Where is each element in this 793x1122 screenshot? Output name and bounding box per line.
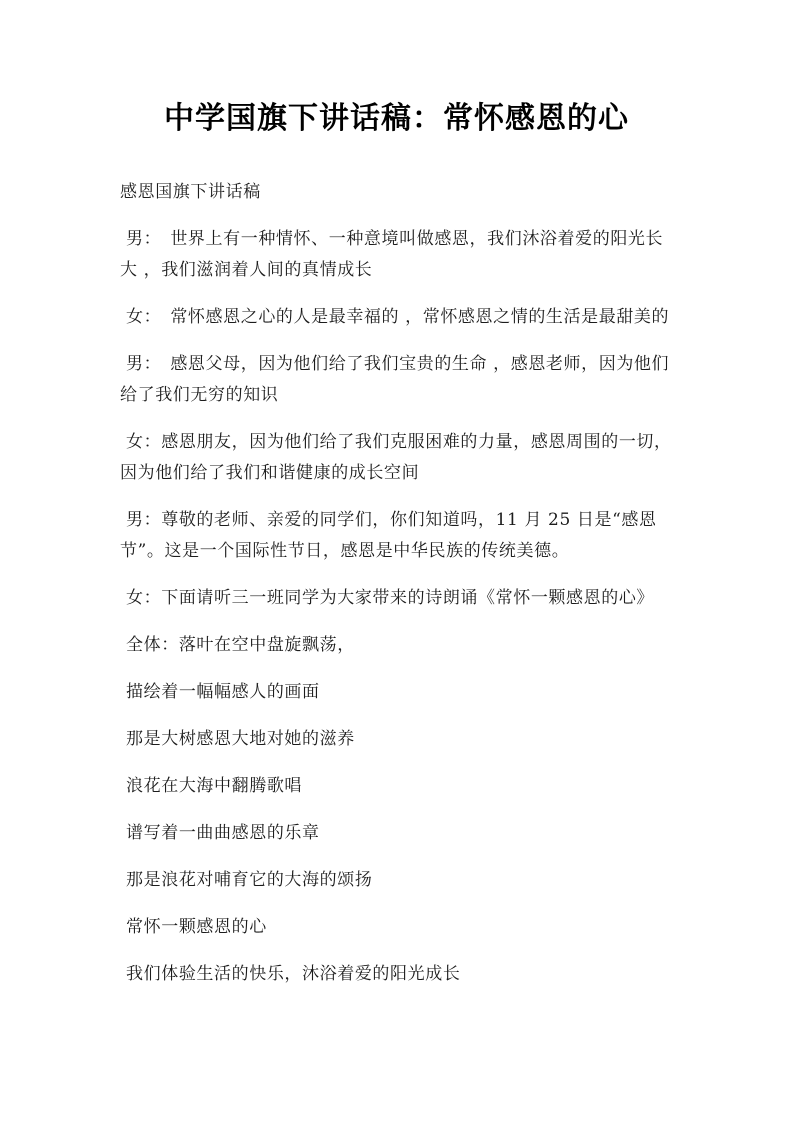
text-line: 大 ，我们滋润着人间的真情成长 bbox=[120, 255, 680, 286]
text-line: 谱写着一曲曲感恩的乐章 bbox=[120, 818, 680, 849]
text-line: 那是大树感恩大地对她的滋养 bbox=[120, 724, 680, 755]
paragraph: 女： 常怀感恩之心的人是最幸福的 ，常怀感恩之情的生活是最甜美的 bbox=[120, 302, 680, 333]
paragraph: 男：尊敬的老师、亲爱的同学们，你们知道吗，11 月 25 日是“感恩节”。这是一… bbox=[120, 505, 680, 567]
text-line: 浪花在大海中翻腾歌唱 bbox=[120, 771, 680, 802]
paragraph: 男： 感恩父母，因为他们给了我们宝贵的生命 ，感恩老师，因为他们给了我们无穷的知… bbox=[120, 349, 680, 411]
document-page: 中学国旗下讲话稿：常怀感恩的心 感恩国旗下讲话稿 男： 世界上有一种情怀、一种意… bbox=[0, 0, 793, 1122]
text-line: 描绘着一幅幅感人的画面 bbox=[120, 677, 680, 708]
paragraph: 全体：落叶在空中盘旋飘荡， bbox=[120, 630, 680, 661]
text-line: 女：感恩朋友，因为他们给了我们克服困难的力量，感恩周围的一切， bbox=[120, 427, 680, 458]
paragraph: 那是大树感恩大地对她的滋养 bbox=[120, 724, 680, 755]
text-line: 男： 感恩父母，因为他们给了我们宝贵的生命 ，感恩老师，因为他们 bbox=[120, 349, 680, 380]
text-line: 女：下面请听三一班同学为大家带来的诗朗诵《常怀一颗感恩的心》 bbox=[120, 583, 680, 614]
text-line: 因为他们给了我们和谐健康的成长空间 bbox=[120, 458, 680, 489]
paragraph: 那是浪花对哺育它的大海的颂扬 bbox=[120, 865, 680, 896]
paragraph: 女：下面请听三一班同学为大家带来的诗朗诵《常怀一颗感恩的心》 bbox=[120, 583, 680, 614]
paragraph: 感恩国旗下讲话稿 bbox=[120, 177, 680, 208]
text-line: 常怀一颗感恩的心 bbox=[120, 912, 680, 943]
text-line: 感恩国旗下讲话稿 bbox=[120, 177, 680, 208]
paragraph: 描绘着一幅幅感人的画面 bbox=[120, 677, 680, 708]
paragraph: 我们体验生活的快乐，沐浴着爱的阳光成长 bbox=[120, 959, 680, 990]
text-line: 全体：落叶在空中盘旋飘荡， bbox=[120, 630, 680, 661]
paragraph: 常怀一颗感恩的心 bbox=[120, 912, 680, 943]
text-line: 女： 常怀感恩之心的人是最幸福的 ，常怀感恩之情的生活是最甜美的 bbox=[120, 302, 680, 333]
document-title: 中学国旗下讲话稿：常怀感恩的心 bbox=[0, 0, 793, 141]
paragraph: 女：感恩朋友，因为他们给了我们克服困难的力量，感恩周围的一切，因为他们给了我们和… bbox=[120, 427, 680, 489]
text-line: 节”。这是一个国际性节日，感恩是中华民族的传统美德。 bbox=[120, 536, 680, 567]
paragraph: 谱写着一曲曲感恩的乐章 bbox=[120, 818, 680, 849]
document-body: 感恩国旗下讲话稿 男： 世界上有一种情怀、一种意境叫做感恩，我们沐浴着爱的阳光长… bbox=[120, 177, 680, 990]
paragraph: 浪花在大海中翻腾歌唱 bbox=[120, 771, 680, 802]
text-line: 我们体验生活的快乐，沐浴着爱的阳光成长 bbox=[120, 959, 680, 990]
paragraph: 男： 世界上有一种情怀、一种意境叫做感恩，我们沐浴着爱的阳光长大 ，我们滋润着人… bbox=[120, 224, 680, 286]
text-line: 男：尊敬的老师、亲爱的同学们，你们知道吗，11 月 25 日是“感恩 bbox=[120, 505, 680, 536]
text-line: 那是浪花对哺育它的大海的颂扬 bbox=[120, 865, 680, 896]
text-line: 给了我们无穷的知识 bbox=[120, 380, 680, 411]
text-line: 男： 世界上有一种情怀、一种意境叫做感恩，我们沐浴着爱的阳光长 bbox=[120, 224, 680, 255]
